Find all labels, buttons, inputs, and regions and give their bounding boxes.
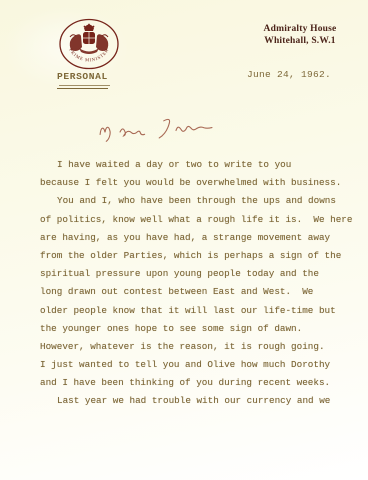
prime-minister-crest-icon: PRIME MINISTER [56, 16, 122, 74]
letterhead-address-line2: Whitehall, S.W.1 [252, 35, 348, 47]
letter-page: PRIME MINISTER Admiralty House Whitehall… [0, 0, 368, 480]
letter-date: June 24, 1962. [247, 69, 331, 80]
typed-line: Last year we had trouble with our curren… [40, 392, 352, 410]
typed-line: from the older Parties, which is perhaps… [40, 247, 352, 265]
typed-line: because I felt you would be overwhelmed … [40, 174, 352, 192]
typed-line: of politics, know well what a rough life… [40, 211, 352, 229]
typed-line: I just wanted to tell you and Olive how … [40, 356, 352, 374]
typed-line: older people know that it will last our … [40, 302, 352, 320]
typed-line: and I have been thinking of you during r… [40, 374, 352, 392]
letterhead-address: Admiralty House Whitehall, S.W.1 [252, 23, 348, 47]
typed-line: are having, as you have had, a strange m… [40, 229, 352, 247]
typed-line: You and I, who have been through the ups… [40, 192, 352, 210]
handwritten-salutation [94, 110, 221, 149]
typed-line: long drawn out contest between East and … [40, 283, 352, 301]
typed-line: the younger ones hope to see some sign o… [40, 320, 352, 338]
typed-line: spiritual pressure upon young people tod… [40, 265, 352, 283]
typed-line: I have waited a day or two to write to y… [40, 156, 352, 174]
classification-label: PERSONAL [57, 71, 108, 89]
typed-line: However, whatever is the reason, it is r… [40, 338, 352, 356]
letter-body: I have waited a day or two to write to y… [40, 156, 352, 411]
letterhead-address-line1: Admiralty House [252, 23, 348, 35]
